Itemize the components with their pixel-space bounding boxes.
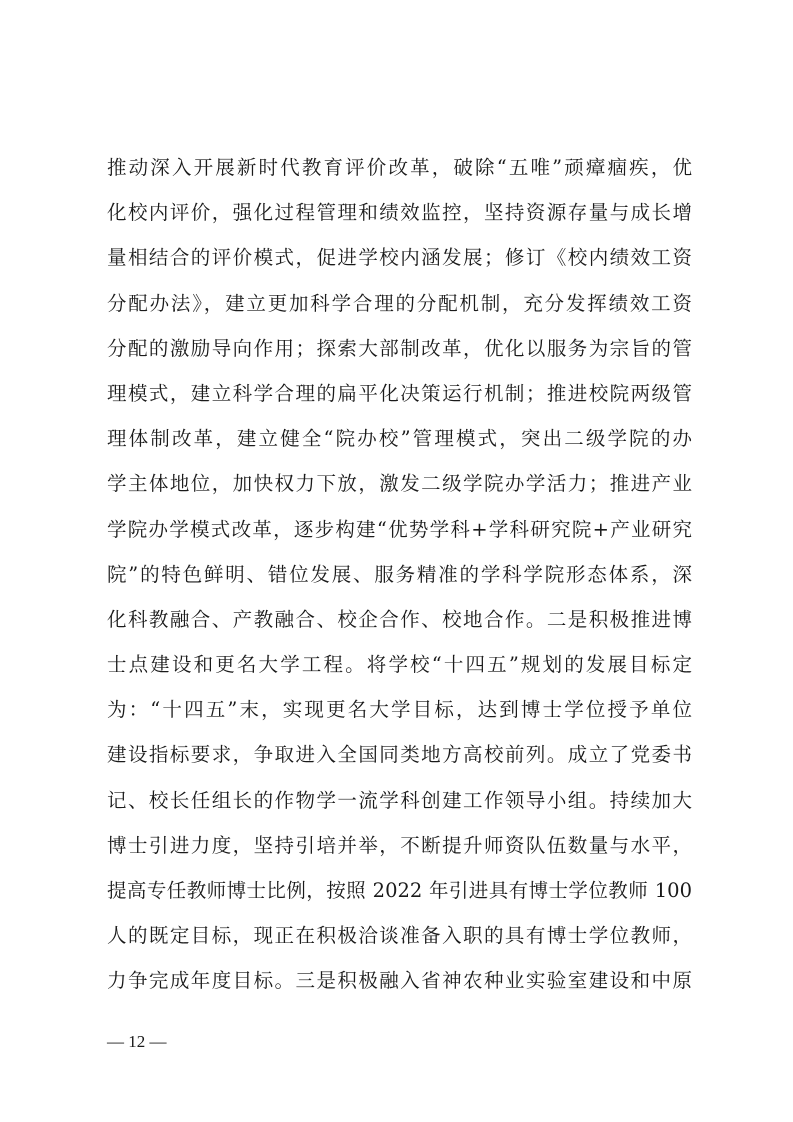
- text-line: 提高专任教师博士比例，按照 2022 年引进具有博士学位教师 100: [107, 875, 692, 920]
- text-line: 学主体地位，加快权力下放，激发二级学院办学活力；推进产业: [107, 468, 692, 513]
- text-line: 院”的特色鲜明、错位发展、服务精准的学科学院形态体系，深: [107, 559, 692, 604]
- text-line: 化校内评价，强化过程管理和绩效监控，坚持资源存量与成长增: [107, 197, 692, 242]
- text-line: 量相结合的评价模式，促进学校内涵发展；修订《校内绩效工资: [107, 242, 692, 287]
- text-line: 分配办法》，建立更加科学合理的分配机制，充分发挥绩效工资: [107, 288, 692, 333]
- text-line: 力争完成年度目标。三是积极融入省神农种业实验室建设和中原: [107, 965, 692, 1010]
- page-number: — 12 —: [107, 1032, 167, 1052]
- text-line: 理体制改革，建立健全“院办校”管理模式，突出二级学院的办: [107, 423, 692, 468]
- text-line: 博士引进力度，坚持引培并举，不断提升师资队伍数量与水平，: [107, 830, 692, 875]
- text-line: 理模式，建立科学合理的扁平化决策运行机制；推进校院两级管: [107, 378, 692, 423]
- text-line: 学院办学模式改革，逐步构建“优势学科+学科研究院+产业研究: [107, 514, 692, 559]
- text-line: 推动深入开展新时代教育评价改革，破除“五唯”顽瘴痼疾，优: [107, 152, 692, 197]
- text-line: 记、校长任组长的作物学一流学科创建工作领导小组。持续加大: [107, 785, 692, 830]
- text-line: 分配的激励导向作用；探索大部制改革，优化以服务为宗旨的管: [107, 333, 692, 378]
- text-line: 人的既定目标，现正在积极洽谈准备入职的具有博士学位教师，: [107, 920, 692, 965]
- text-line: 化科教融合、产教融合、校企合作、校地合作。二是积极推进博: [107, 604, 692, 649]
- body-paragraph: 推动深入开展新时代教育评价改革，破除“五唯”顽瘴痼疾，优 化校内评价，强化过程管…: [107, 152, 692, 1011]
- text-line: 士点建设和更名大学工程。将学校“十四五”规划的发展目标定: [107, 649, 692, 694]
- text-line: 建设指标要求，争取进入全国同类地方高校前列。成立了党委书: [107, 739, 692, 784]
- document-page: 推动深入开展新时代教育评价改革，破除“五唯”顽瘴痼疾，优 化校内评价，强化过程管…: [0, 0, 793, 1122]
- text-line: 为：“十四五”末，实现更名大学目标，达到博士学位授予单位: [107, 694, 692, 739]
